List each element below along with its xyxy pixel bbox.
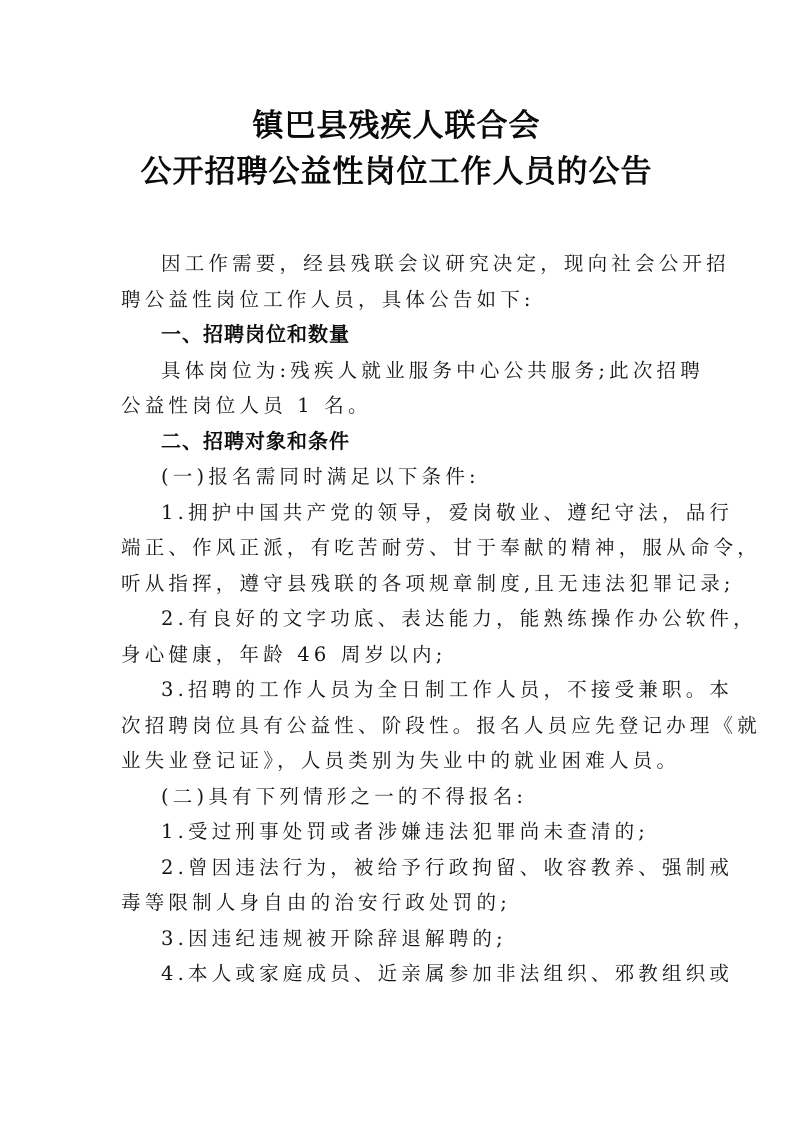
requirement-item-line: 1.拥护中国共产党的领导，爱岗敬业、遵纪守法，品行 [121, 495, 681, 531]
exclusion-item-line: 2.曾因违法行为，被给予行政拘留、收容教养、强制戒 [121, 850, 681, 886]
document-body: 因工作需要，经县残联会议研究决定，现向社会公开招 聘公益性岗位工作人员，具体公告… [121, 246, 681, 992]
title-line-subject: 公开招聘公益性岗位工作人员的公告 [0, 149, 793, 195]
section-heading-eligibility: 二、招聘对象和条件 [121, 424, 681, 460]
exclusion-item-line: 毒等限制人身自由的治安行政处罚的; [121, 885, 681, 921]
requirement-item-line: 身心健康，年龄 46 周岁以内; [121, 637, 681, 673]
exclusion-item-line: 4.本人或家庭成员、近亲属参加非法组织、邪教组织或 [121, 956, 681, 992]
requirement-item-line: 3.招聘的工作人员为全日制工作人员，不接受兼职。本 [121, 672, 681, 708]
exclusion-item-line: 3.因违纪违规被开除辞退解聘的; [121, 921, 681, 957]
section1-paragraph-line: 具体岗位为:残疾人就业服务中心公共服务;此次招聘 [121, 353, 681, 389]
requirement-item-line: 端正、作风正派，有吃苦耐劳、甘于奉献的精神，服从命令， [121, 530, 681, 566]
intro-paragraph-line: 聘公益性岗位工作人员，具体公告如下: [121, 282, 681, 318]
subsection-heading-exclusions: (二)具有下列情形之一的不得报名: [121, 779, 681, 815]
document-page: 镇巴县残疾人联合会 公开招聘公益性岗位工作人员的公告 因工作需要，经县残联会议研… [0, 0, 793, 1122]
section1-paragraph-line: 公益性岗位人员 1 名。 [121, 388, 681, 424]
section-heading-positions: 一、招聘岗位和数量 [121, 317, 681, 353]
requirement-item-line: 2.有良好的文字功底、表达能力，能熟练操作办公软件， [121, 601, 681, 637]
intro-paragraph-line: 因工作需要，经县残联会议研究决定，现向社会公开招 [121, 246, 681, 282]
exclusion-item-line: 1.受过刑事处罚或者涉嫌违法犯罪尚未查清的; [121, 814, 681, 850]
requirement-item-line: 次招聘岗位具有公益性、阶段性。报名人员应先登记办理《就 [121, 708, 681, 744]
document-title: 镇巴县残疾人联合会 公开招聘公益性岗位工作人员的公告 [0, 103, 793, 195]
title-line-organization: 镇巴县残疾人联合会 [0, 103, 793, 149]
requirement-item-line: 业失业登记证》，人员类别为失业中的就业困难人员。 [121, 743, 681, 779]
requirement-item-line: 听从指挥，遵守县残联的各项规章制度,且无违法犯罪记录; [121, 566, 681, 602]
subsection-heading-requirements: (一)报名需同时满足以下条件: [121, 459, 681, 495]
